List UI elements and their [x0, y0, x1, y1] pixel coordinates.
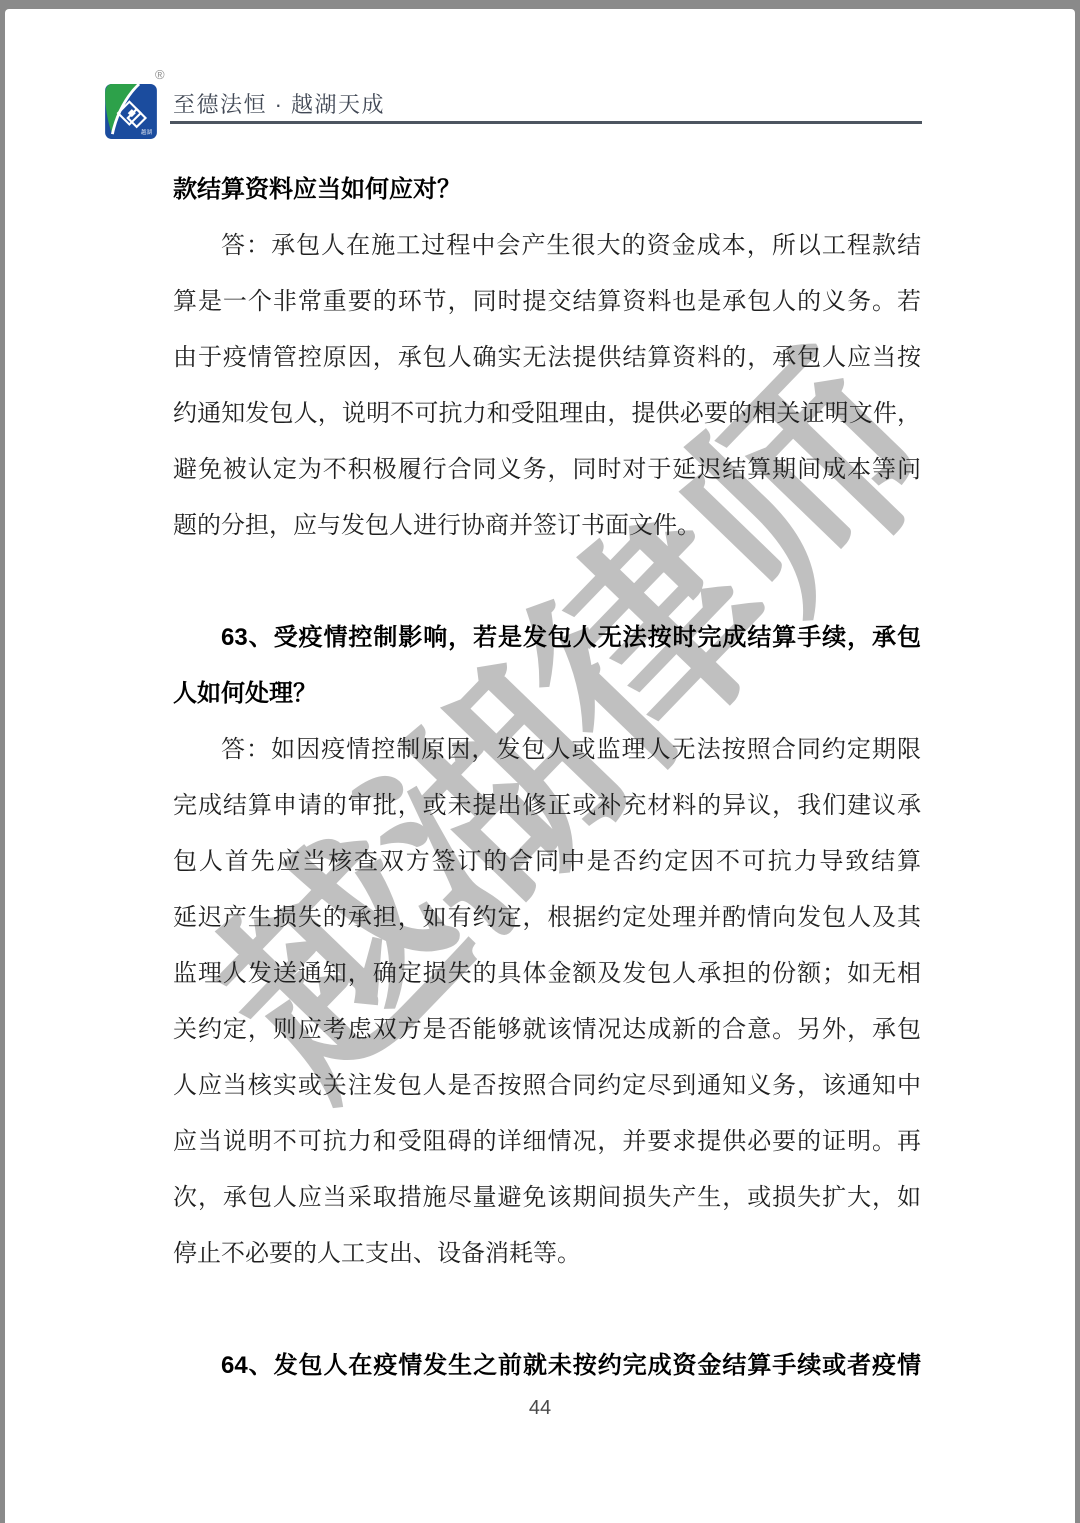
section-gap [173, 554, 921, 610]
paragraph-line: 答：承包人在施工过程中会产生很大的资金成本，所以工程款结 [173, 218, 921, 274]
question-heading-line: 人如何处理？ [173, 666, 921, 722]
brand-logo: 越湖 [100, 75, 160, 141]
paragraph-line: 答：如因疫情控制原因，发包人或监理人无法按照合同约定期限 [173, 722, 921, 778]
page-number: 44 [5, 1397, 1075, 1420]
paragraph-line: 次，承包人应当采取措施尽量避免该期间损失产生，或损失扩大，如 [173, 1170, 921, 1226]
paragraph-line: 监理人发送通知，确定损失的具体金额及发包人承担的份额；如无相 [173, 946, 921, 1002]
header-divider [170, 121, 922, 124]
brand-logo-icon: 越湖 [105, 84, 157, 139]
paragraph-line: 完成结算申请的审批，或未提出修正或补充材料的异议，我们建议承 [173, 778, 921, 834]
question-heading-line: 64、发包人在疫情发生之前就未按约完成资金结算手续或者疫情 [173, 1338, 921, 1394]
paragraph-line: 应当说明不可抗力和受阻碍的详细情况，并要求提供必要的证明。再 [173, 1114, 921, 1170]
question-heading-line: 63、受疫情控制影响，若是发包人无法按时完成结算手续，承包 [173, 610, 921, 666]
logo-small-text: 越湖 [141, 128, 153, 136]
document-page: 越湖 ® 至德法恒 · 越湖天成 越湖律师 款结算资料应当如何应对？答：承包人在… [5, 9, 1075, 1523]
paragraph-line: 包人首先应当核查双方签订的合同中是否约定因不可抗力导致结算 [173, 834, 921, 890]
question-heading-line: 款结算资料应当如何应对？ [173, 162, 921, 218]
document-body: 款结算资料应当如何应对？答：承包人在施工过程中会产生很大的资金成本，所以工程款结… [173, 162, 921, 1394]
paragraph-line: 延迟产生损失的承担，如有约定，根据约定处理并酌情向发包人及其 [173, 890, 921, 946]
registered-trademark-icon: ® [155, 67, 165, 82]
paragraph-line: 约通知发包人，说明不可抗力和受阻理由，提供必要的相关证明文件， [173, 386, 921, 442]
screenshot-canvas: { "header": { "brand_text": "至德法恒 · 越湖天成… [0, 0, 1080, 1523]
paragraph-line: 人应当核实或关注发包人是否按照合同约定尽到通知义务，该通知中 [173, 1058, 921, 1114]
section-gap [173, 1282, 921, 1338]
paragraph-line: 停止不必要的人工支出、设备消耗等。 [173, 1226, 921, 1282]
paragraph-line: 由于疫情管控原因，承包人确实无法提供结算资料的，承包人应当按 [173, 330, 921, 386]
paragraph-line: 关约定，则应考虑双方是否能够就该情况达成新的合意。另外，承包 [173, 1002, 921, 1058]
paragraph-line: 题的分担，应与发包人进行协商并签订书面文件。 [173, 498, 921, 554]
paragraph-line: 算是一个非常重要的环节，同时提交结算资料也是承包人的义务。若 [173, 274, 921, 330]
paragraph-line: 避免被认定为不积极履行合同义务，同时对于延迟结算期间成本等问 [173, 442, 921, 498]
brand-text: 至德法恒 · 越湖天成 [173, 88, 385, 119]
